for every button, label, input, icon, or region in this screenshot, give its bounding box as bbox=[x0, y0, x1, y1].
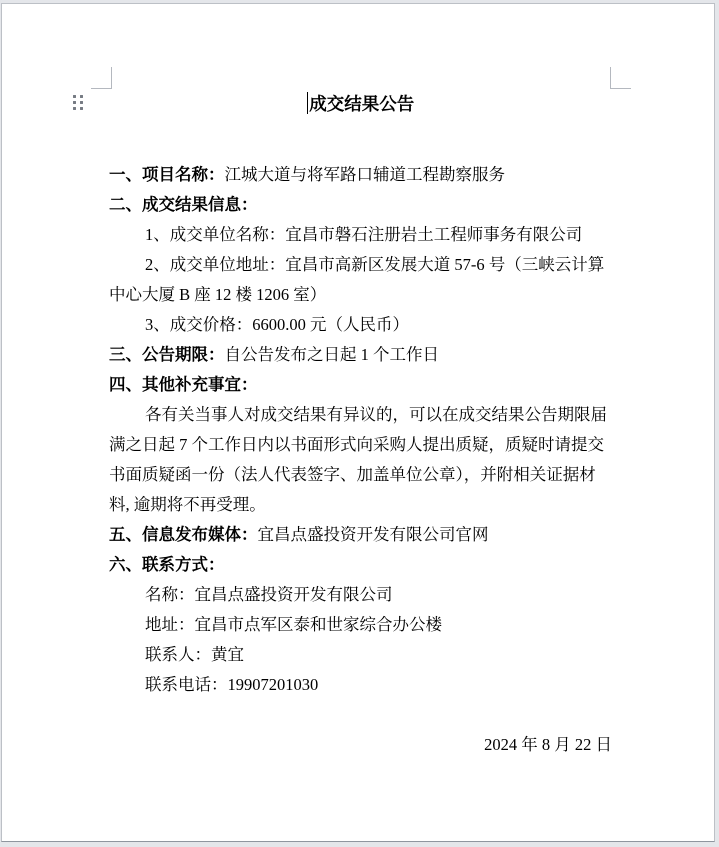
text-line[interactable]: 四、其他补充事宜： bbox=[109, 370, 612, 400]
text-line[interactable]: 三、公告期限：自公告发布之日起 1 个工作日 bbox=[109, 340, 612, 370]
line-bold-label: 三、公告期限： bbox=[109, 345, 225, 364]
text-line[interactable]: 名称：宜昌点盛投资开发有限公司 bbox=[109, 580, 612, 610]
text-line[interactable]: 六、联系方式： bbox=[109, 550, 612, 580]
document-title[interactable]: 成交结果公告 bbox=[109, 89, 612, 119]
drag-handle-dot bbox=[73, 107, 76, 110]
line-bold-label: 五、信息发布媒体： bbox=[109, 525, 258, 544]
line-text: 地址：宜昌市点军区泰和世家综合办公楼 bbox=[145, 615, 442, 634]
line-bold-label: 六、联系方式： bbox=[109, 555, 225, 574]
line-text: 书面质疑函一份（法人代表签字、加盖单位公章），并附相关证据材 bbox=[109, 465, 596, 484]
drag-handle-dot bbox=[80, 107, 83, 110]
text-line[interactable]: 3、成交价格：6600.00 元（人民币） bbox=[109, 310, 612, 340]
line-text: 中心大厦 B 座 12 楼 1206 室） bbox=[109, 285, 326, 304]
text-line[interactable]: 一、项目名称：江城大道与将军路口辅道工程勘察服务 bbox=[109, 160, 612, 190]
text-line[interactable]: 各有关当事人对成交结果有异议的，可以在成交结果公告期限届 bbox=[109, 400, 612, 430]
text-line[interactable]: 书面质疑函一份（法人代表签字、加盖单位公章），并附相关证据材 bbox=[109, 460, 612, 490]
drag-handle-dot bbox=[73, 101, 76, 104]
document-page[interactable]: 成交结果公告 一、项目名称：江城大道与将军路口辅道工程勘察服务二、成交结果信息：… bbox=[1, 3, 715, 842]
text-line[interactable]: 2、成交单位地址：宜昌市高新区发展大道 57-6 号（三峡云计算 bbox=[109, 250, 612, 280]
text-line[interactable]: 五、信息发布媒体：宜昌点盛投资开发有限公司官网 bbox=[109, 520, 612, 550]
drag-handle-dot bbox=[80, 95, 83, 98]
document-title-text: 成交结果公告 bbox=[309, 94, 414, 114]
drag-handle-dot bbox=[73, 95, 76, 98]
line-bold-label: 二、成交结果信息： bbox=[109, 195, 258, 214]
line-bold-label: 四、其他补充事宜： bbox=[109, 375, 258, 394]
document-body[interactable]: 一、项目名称：江城大道与将军路口辅道工程勘察服务二、成交结果信息：1、成交单位名… bbox=[109, 160, 612, 760]
line-text: 自公告发布之日起 1 个工作日 bbox=[225, 345, 440, 364]
line-text: 1、成交单位名称：宜昌市磐石注册岩土工程师事务有限公司 bbox=[145, 225, 582, 244]
line-text: 江城大道与将军路口辅道工程勘察服务 bbox=[225, 165, 506, 184]
line-text: 2、成交单位地址：宜昌市高新区发展大道 57-6 号（三峡云计算 bbox=[145, 255, 604, 274]
date-line[interactable]: 2024 年 8 月 22 日 bbox=[109, 730, 612, 760]
paragraph-drag-handle-icon[interactable] bbox=[73, 95, 83, 110]
margin-corner-mark-top-right-icon bbox=[610, 67, 631, 89]
line-text: 联系人：黄宜 bbox=[145, 645, 244, 664]
text-line[interactable]: 满之日起 7 个工作日内以书面形式向采购人提出质疑，质疑时请提交 bbox=[109, 430, 612, 460]
text-line[interactable]: 联系人：黄宜 bbox=[109, 640, 612, 670]
line-text: 名称：宜昌点盛投资开发有限公司 bbox=[145, 585, 393, 604]
drag-handle-dot bbox=[80, 101, 83, 104]
text-line[interactable]: 二、成交结果信息： bbox=[109, 190, 612, 220]
text-line[interactable]: 1、成交单位名称：宜昌市磐石注册岩土工程师事务有限公司 bbox=[109, 220, 612, 250]
text-line[interactable]: 地址：宜昌市点军区泰和世家综合办公楼 bbox=[109, 610, 612, 640]
line-text: 满之日起 7 个工作日内以书面形式向采购人提出质疑，质疑时请提交 bbox=[109, 435, 604, 454]
line-text: 各有关当事人对成交结果有异议的，可以在成交结果公告期限届 bbox=[145, 405, 607, 424]
line-text: 3、成交价格：6600.00 元（人民币） bbox=[145, 315, 409, 334]
text-line[interactable]: 联系电话：19907201030 bbox=[109, 670, 612, 700]
text-line[interactable]: 中心大厦 B 座 12 楼 1206 室） bbox=[109, 280, 612, 310]
line-text: 联系电话：19907201030 bbox=[145, 675, 318, 694]
blank-line[interactable] bbox=[109, 700, 612, 730]
line-text: 2024 年 8 月 22 日 bbox=[484, 735, 612, 754]
line-bold-label: 一、项目名称： bbox=[109, 165, 225, 184]
margin-corner-mark-top-left-icon bbox=[91, 67, 112, 89]
line-text: 料, 逾期将不再受理。 bbox=[109, 495, 266, 514]
text-area[interactable]: 成交结果公告 一、项目名称：江城大道与将军路口辅道工程勘察服务二、成交结果信息：… bbox=[109, 89, 612, 760]
text-line[interactable]: 料, 逾期将不再受理。 bbox=[109, 490, 612, 520]
line-text: 宜昌点盛投资开发有限公司官网 bbox=[258, 525, 489, 544]
